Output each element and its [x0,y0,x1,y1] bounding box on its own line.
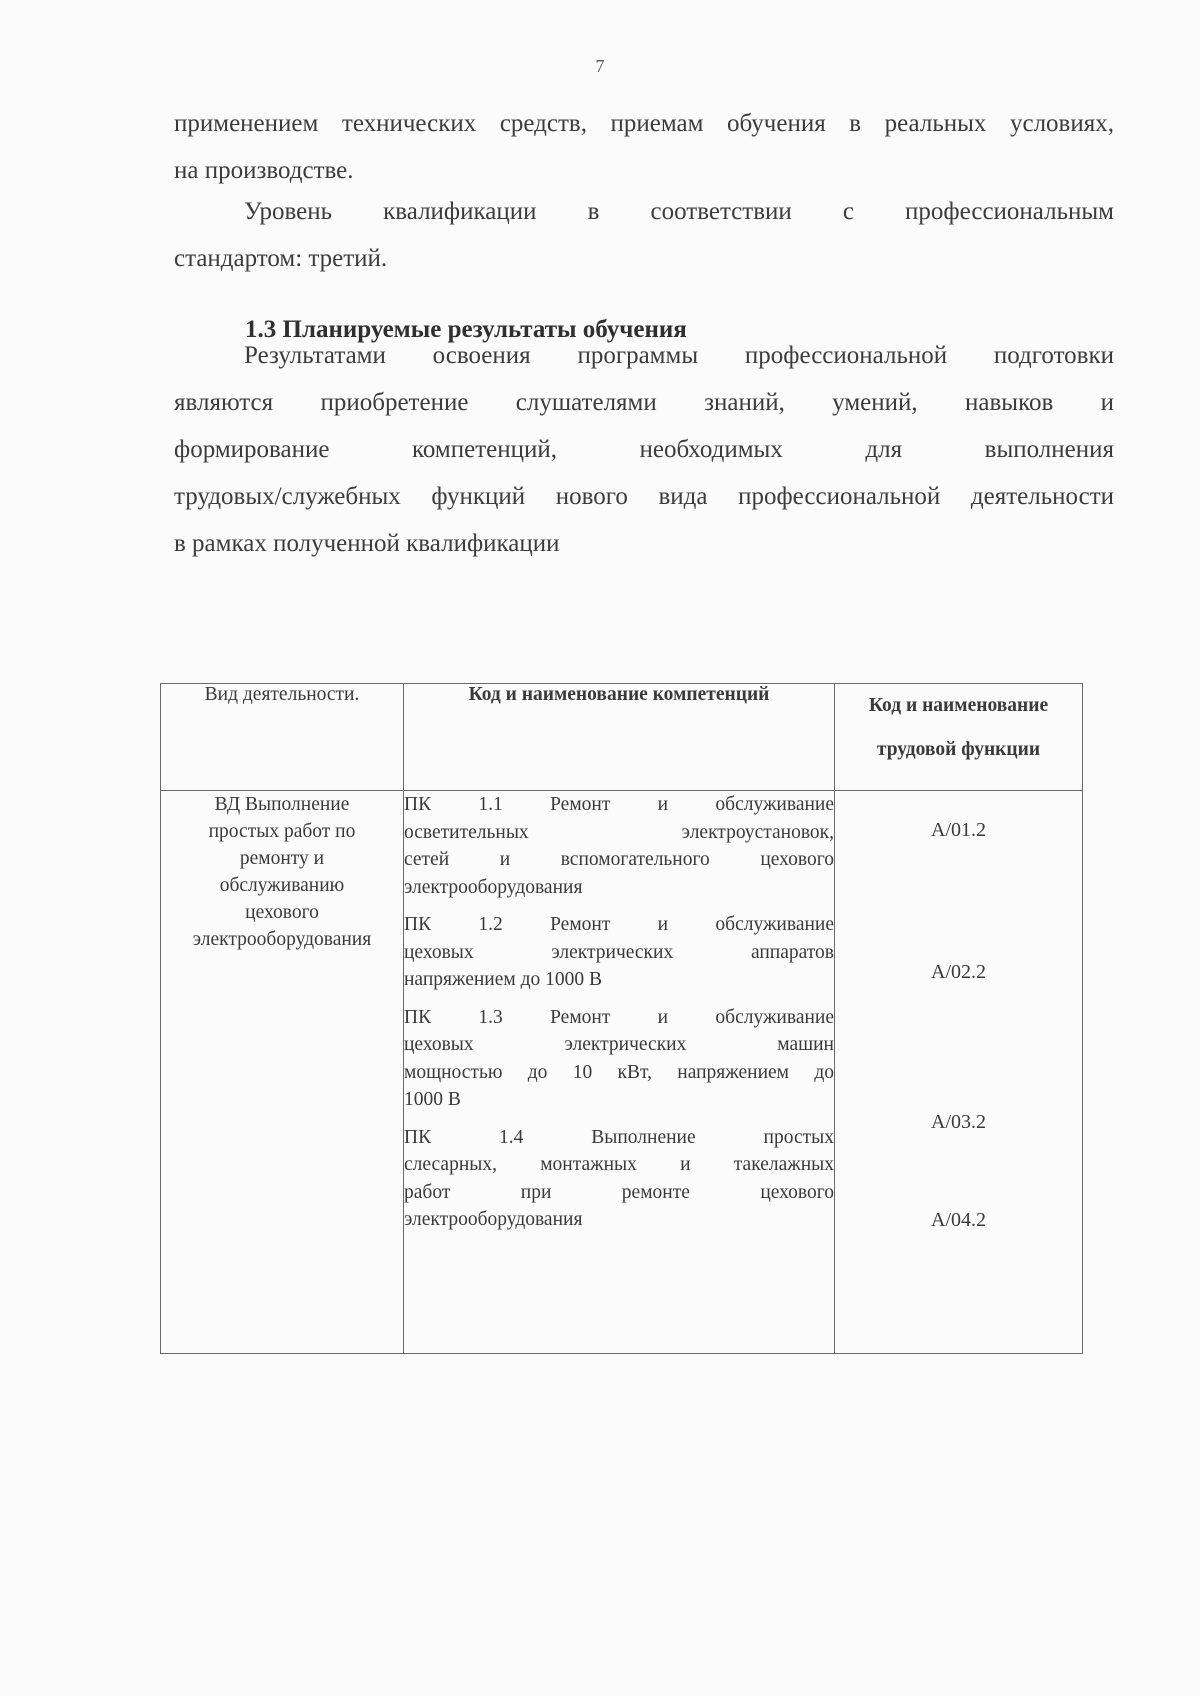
competencies-table: Вид деятельности. Код и наименование ком… [160,683,1083,1354]
competency-line: электрооборудования [404,874,834,902]
activity-line: ВД Выполнение [161,791,403,818]
competency-line: сетей и вспомогательного цехового [404,846,834,874]
text-line: Результатами освоения программы професси… [174,332,1114,379]
competency-line: цеховых электрических аппаратов [404,939,834,967]
activity-line: ремонту и [161,845,403,872]
competency-line: ПК 1.3 Ремонт и обслуживание [404,1004,834,1032]
header-function-line: трудовой функции [835,728,1082,772]
competency-line: цеховых электрических машин [404,1031,834,1059]
table-row: ВД Выполнение простых работ по ремонту и… [161,791,1083,1354]
competency-pk-1-4: ПК 1.4 Выполнение простых слесарных, мон… [404,1124,834,1234]
qualification-paragraph: Уровень квалификации в соответствии с пр… [174,188,1114,282]
page-number: 7 [0,56,1200,77]
results-paragraph: Результатами освоения программы професси… [174,332,1114,567]
activity-line: электрооборудования [161,926,403,953]
competency-line: ПК 1.1 Ремонт и обслуживание [404,791,834,819]
header-function: Код и наименование трудовой функции [835,684,1083,791]
text-line: являются приобретение слушателями знаний… [174,379,1114,426]
competency-pk-1-2: ПК 1.2 Ремонт и обслуживание цеховых эле… [404,911,834,994]
competency-line: работ при ремонте цехового [404,1179,834,1207]
competency-pk-1-3: ПК 1.3 Ремонт и обслуживание цеховых эле… [404,1004,834,1114]
text-line: трудовых/служебных функций нового вида п… [174,473,1114,520]
header-activity: Вид деятельности. [161,684,404,791]
function-code: A/04.2 [835,1209,1082,1232]
function-code: A/02.2 [835,961,1082,984]
header-function-line: Код и наименование [835,684,1082,728]
text-line: применением технических средств, приемам… [174,100,1114,147]
activity-line: обслуживанию [161,872,403,899]
function-code: A/01.2 [835,819,1082,842]
text-line: формирование компетенций, необходимых дл… [174,426,1114,473]
text-line: на производстве. [174,147,1114,194]
competency-line: осветительных электроустановок, [404,819,834,847]
header-competencies: Код и наименование компетенций [404,684,835,791]
activity-line: простых работ по [161,818,403,845]
function-code: A/03.2 [835,1111,1082,1134]
competency-line: 1000 В [404,1086,834,1114]
competency-line: слесарных, монтажных и такелажных [404,1151,834,1179]
competency-line: ПК 1.4 Выполнение простых [404,1124,834,1152]
activity-line: цехового [161,899,403,926]
text-line: Уровень квалификации в соответствии с пр… [174,188,1114,235]
competency-line: электрооборудования [404,1206,834,1234]
competency-line: ПК 1.2 Ремонт и обслуживание [404,911,834,939]
intro-continuation: применением технических средств, приемам… [174,100,1114,194]
competency-line: напряжением до 1000 В [404,966,834,994]
competencies-cell: ПК 1.1 Ремонт и обслуживание осветительн… [404,791,835,1354]
competency-line: мощностью до 10 кВт, напряжением до [404,1059,834,1087]
functions-cell: A/01.2 A/02.2 A/03.2 A/04.2 [835,791,1083,1354]
text-line: в рамках полученной квалификации [174,520,1114,567]
competency-pk-1-1: ПК 1.1 Ремонт и обслуживание осветительн… [404,791,834,901]
activity-cell: ВД Выполнение простых работ по ремонту и… [161,791,404,1354]
text-line: стандартом: третий. [174,235,1114,282]
table-header-row: Вид деятельности. Код и наименование ком… [161,684,1083,791]
